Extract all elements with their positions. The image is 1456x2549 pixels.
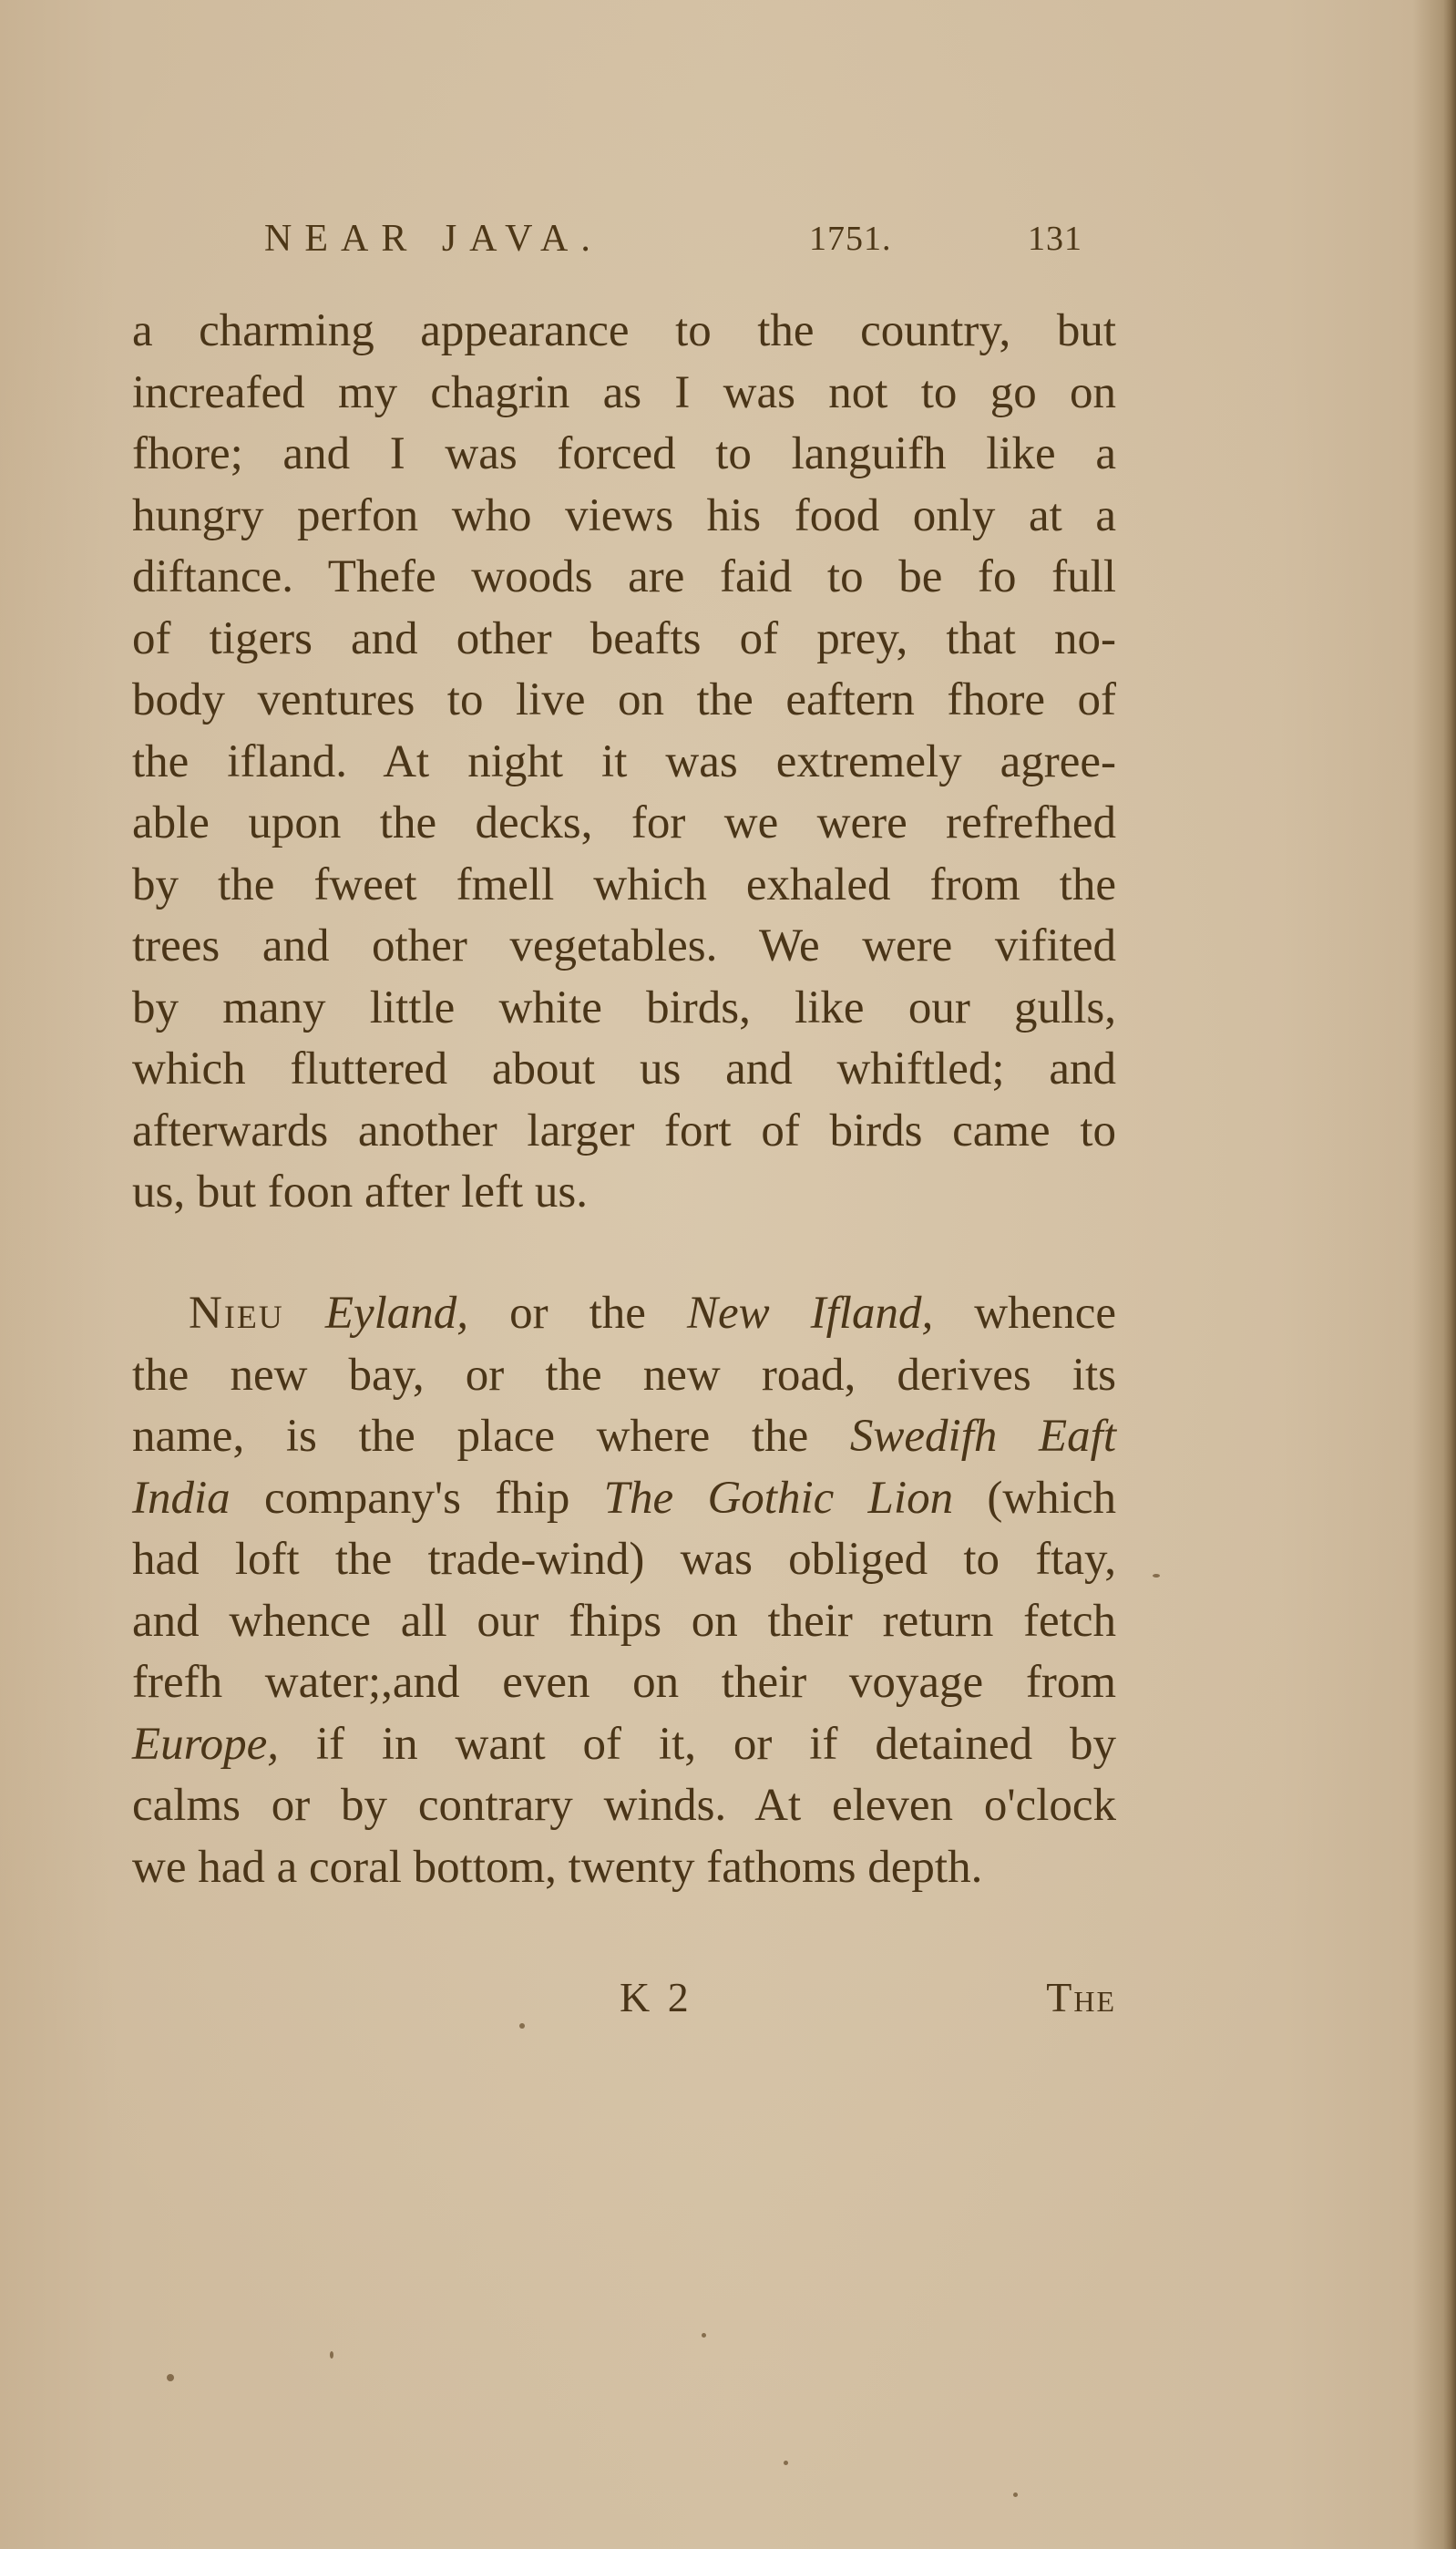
text-line: fhore; and I was forced to languifh like… (132, 424, 1116, 486)
text-line: had loft the trade-wind) was obliged to … (132, 1529, 1116, 1591)
text-run: or the (468, 1288, 687, 1339)
text-line: we had a coral bottom, twenty fathoms de… (132, 1837, 1116, 1899)
page-footer: K 2 The (132, 1973, 1116, 2028)
text-run: company's fhip (231, 1473, 604, 1524)
text-line: Europe, if in want of it, or if detained… (132, 1714, 1116, 1776)
paper-speck (1153, 1574, 1160, 1578)
italic-phrase: Europe, (132, 1719, 279, 1770)
text-line: us, but foon after left us. (132, 1162, 1116, 1224)
text-run: name, is the place where the (132, 1411, 850, 1462)
paper-speck (702, 2333, 706, 2338)
paper-speck (330, 2351, 333, 2359)
text-line: hungry perfon who views his food only at… (132, 486, 1116, 548)
book-page: NEAR JAVA. 1751. 131 a charming appearan… (0, 0, 1456, 2549)
italic-phrase: The Gothic Lion (604, 1473, 953, 1524)
page-number: 131 (1028, 211, 1082, 266)
text-line: name, is the place where the Swedifh Eaf… (132, 1406, 1116, 1468)
italic-phrase: Swedifh Eaft (850, 1411, 1116, 1462)
text-line: a charming appearance to the country, bu… (132, 301, 1116, 363)
text-line: afterwards another larger fort of birds … (132, 1101, 1116, 1163)
italic-phrase: New Ifland, (687, 1288, 933, 1339)
small-caps-word: Nieu (189, 1288, 284, 1339)
text-line: and whence all our fhips on their return… (132, 1591, 1116, 1653)
text-run: (which (953, 1473, 1116, 1524)
catchword: The (1046, 1973, 1116, 2021)
text-line: which fluttered about us and whiftled; a… (132, 1039, 1116, 1101)
text-line: by the fweet fmell which exhaled from th… (132, 855, 1116, 917)
text-line: frefh water;,and even on their voyage fr… (132, 1652, 1116, 1714)
text-line: trees and other vegetables. We were vifi… (132, 916, 1116, 978)
page-header: NEAR JAVA. 1751. 131 (264, 211, 1112, 266)
text-line: of tigers and other beafts of prey, that… (132, 609, 1116, 671)
text-run: whence (933, 1288, 1116, 1339)
page-edge-shadow (1443, 0, 1456, 2549)
paragraph-2: Nieu Eyland, or the New Ifland, whence t… (132, 1283, 1116, 1898)
text-line: the ifland. At night it was extremely ag… (132, 732, 1116, 794)
signature-mark: K 2 (620, 1973, 692, 2021)
text-line: Nieu Eyland, or the New Ifland, whence (132, 1283, 1116, 1345)
text-line: by many little white birds, like our gul… (132, 978, 1116, 1040)
text-line: body ventures to live on the eaftern fho… (132, 670, 1116, 732)
text-run: if in want of it, or if detained by (279, 1719, 1116, 1770)
italic-phrase: Eyland, (325, 1288, 468, 1339)
running-title: NEAR JAVA. (264, 218, 603, 260)
paper-speck (1013, 2492, 1018, 2497)
header-year: 1751. (809, 211, 892, 266)
text-line: able upon the decks, for we were refrefh… (132, 793, 1116, 855)
paper-speck (167, 2374, 174, 2381)
text-line: calms or by contrary winds. At eleven o'… (132, 1775, 1116, 1837)
text-line: diftance. Thefe woods are faid to be fo … (132, 547, 1116, 609)
text-line: the new bay, or the new road, derives it… (132, 1345, 1116, 1407)
text-line: India company's fhip The Gothic Lion (wh… (132, 1468, 1116, 1530)
text-line: increafed my chagrin as I was not to go … (132, 363, 1116, 425)
paragraph-1: a charming appearance to the country, bu… (132, 301, 1116, 1224)
italic-phrase: India (132, 1473, 231, 1524)
paper-speck (519, 2023, 525, 2029)
paper-speck (784, 2461, 788, 2465)
